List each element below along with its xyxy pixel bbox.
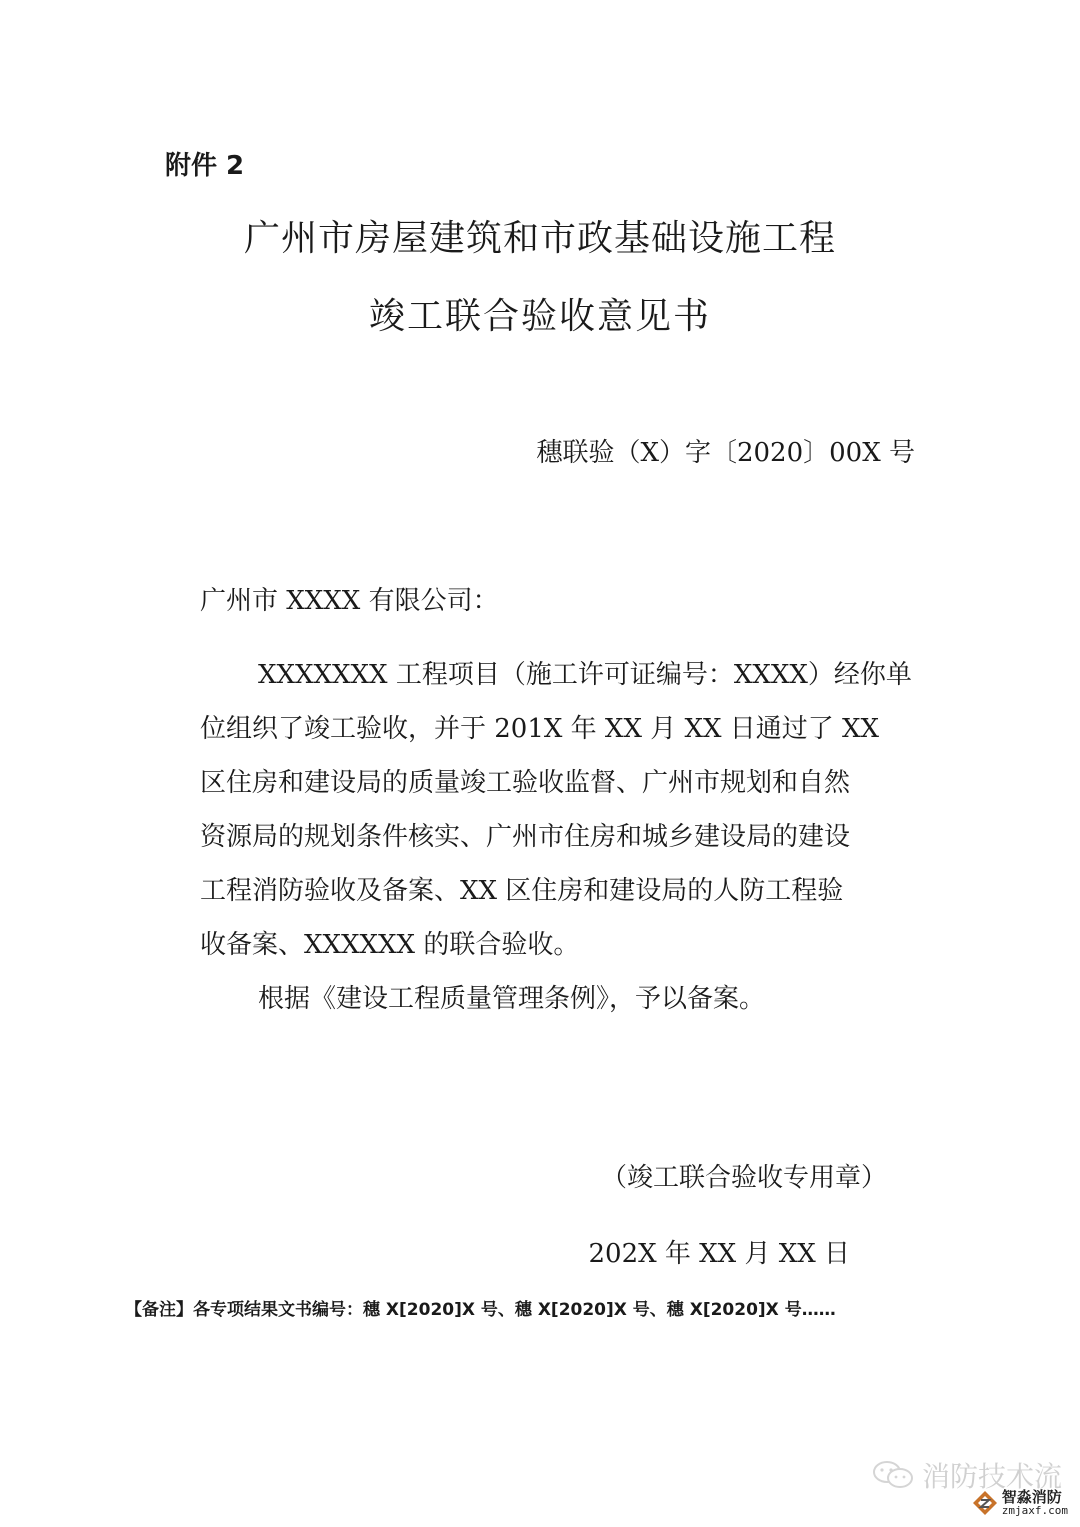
body-line: XXXXXXX 工程项目（施工许可证编号：XXXX）经你单 (258, 654, 912, 691)
document-title-line1: 广州市房屋建筑和市政基础设施工程 (0, 210, 1080, 261)
date-text: 202X 年 XX 月 XX 日 (589, 1233, 851, 1270)
wechat-icon (872, 1460, 916, 1490)
body-line: 区住房和建设局的质量竣工验收监督、广州市规划和自然 (200, 762, 850, 799)
logo-url: zmjaxf.com (1002, 1505, 1068, 1516)
basis-line: 根据《建设工程质量管理条例》，予以备案。 (258, 978, 765, 1015)
body-line: 位组织了竣工验收，并于 201X 年 XX 月 XX 日通过了 XX (200, 708, 879, 745)
body-line: 工程消防验收及备案、XX 区住房和建设局的人防工程验 (200, 870, 843, 907)
document-title-line2: 竣工联合验收意见书 (0, 288, 1080, 339)
body-line: 收备案、XXXXXX 的联合验收。 (200, 924, 579, 961)
attachment-label: 附件 2 (165, 145, 244, 182)
logo-name: 智淼消防 (1002, 1490, 1068, 1505)
body-line: 资源局的规划条件核实、广州市住房和城乡建设局的建设 (200, 816, 850, 853)
remarks-note: 【备注】各专项结果文书编号：穗 X[2020]X 号、穗 X[2020]X 号、… (125, 1295, 836, 1320)
site-logo: 智淼消防 zmjaxf.com (972, 1490, 1068, 1516)
logo-icon (972, 1490, 998, 1516)
addressee: 广州市 XXXX 有限公司： (200, 580, 499, 617)
document-number: 穗联验（X）字〔2020〕00X 号 (536, 432, 915, 469)
seal-text: （竣工联合验收专用章） (601, 1157, 887, 1194)
